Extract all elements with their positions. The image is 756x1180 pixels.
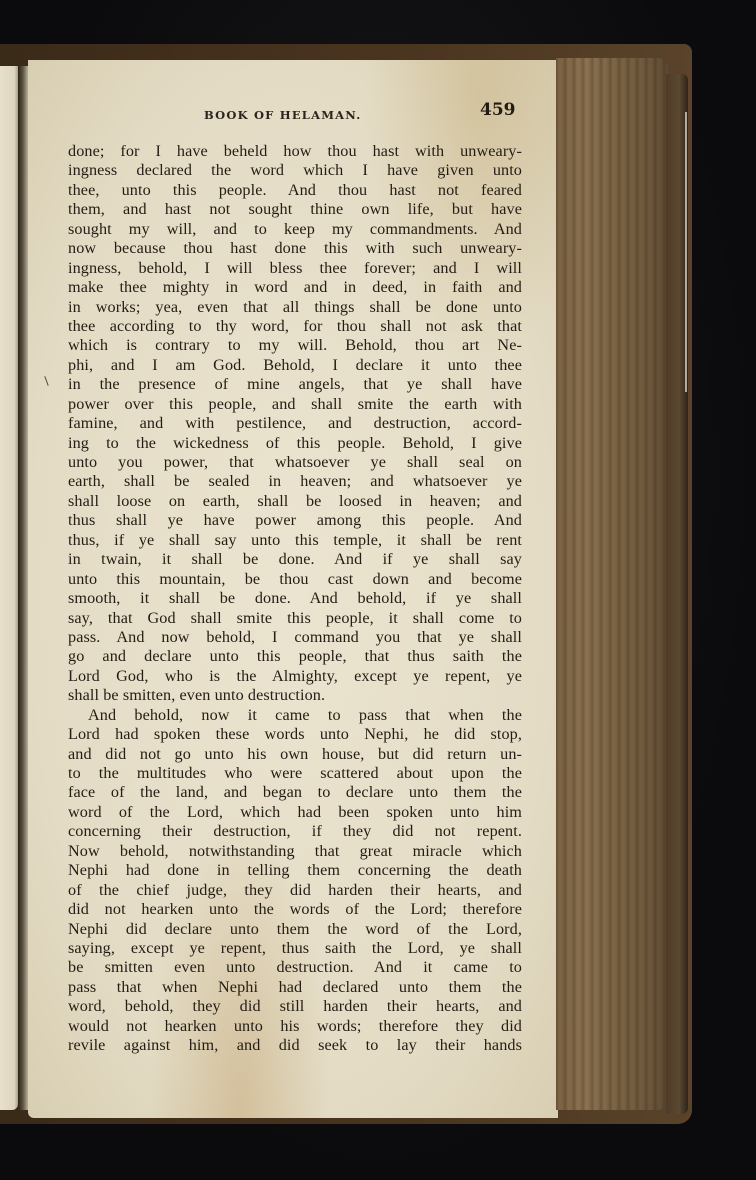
text-line: word of the Lord, which had been spoken … bbox=[68, 803, 522, 822]
text-line: face of the land, and began to declare u… bbox=[68, 783, 522, 802]
text-line: of the chief judge, they did harden thei… bbox=[68, 881, 522, 900]
text-line: smooth, it shall be done. And behold, if… bbox=[68, 589, 522, 608]
cover-highlight bbox=[685, 112, 687, 392]
text-line: pass. And now behold, I command you that… bbox=[68, 628, 522, 647]
text-line: saying, except ye repent, thus saith the… bbox=[68, 939, 522, 958]
book-gutter bbox=[18, 66, 28, 1110]
text-line: did not hearken unto the words of the Lo… bbox=[68, 900, 522, 919]
text-line: earth, shall be sealed in heaven; and wh… bbox=[68, 472, 522, 491]
text-line: make thee mighty in word and in deed, in… bbox=[68, 278, 522, 297]
text-line: Now behold, notwithstanding that great m… bbox=[68, 842, 522, 861]
text-line: say, that God shall smite this people, i… bbox=[68, 609, 522, 628]
text-line: done; for I have beheld how thou hast wi… bbox=[68, 142, 522, 161]
text-line: shall be smitten, even unto destruction. bbox=[68, 686, 522, 705]
text-line: unto this mountain, be thou cast down an… bbox=[68, 570, 522, 589]
text-line: now because thou hast done this with suc… bbox=[68, 239, 522, 258]
text-line: Lord had spoken these words unto Nephi, … bbox=[68, 725, 522, 744]
text-line: which is contrary to my will. Behold, th… bbox=[68, 336, 522, 355]
running-head: BOOK OF HELAMAN. 459 bbox=[28, 100, 558, 124]
text-line: shall loose on earth, shall be loosed in… bbox=[68, 492, 522, 511]
text-line: in the presence of mine angels, that ye … bbox=[68, 375, 522, 394]
text-line: famine, and with pestilence, and destruc… bbox=[68, 414, 522, 433]
text-line: ingness, behold, I will bless thee forev… bbox=[68, 259, 522, 278]
text-line: unto you power, that whatsoever ye shall… bbox=[68, 453, 522, 472]
text-line: to the multitudes who were scattered abo… bbox=[68, 764, 522, 783]
text-line: Nephi did declare unto them the word of … bbox=[68, 920, 522, 939]
page-fore-edge bbox=[556, 58, 668, 1110]
running-title: BOOK OF HELAMAN. bbox=[204, 108, 361, 122]
text-line: go and declare unto this people, that th… bbox=[68, 647, 522, 666]
text-line: ing to the wickedness of this people. Be… bbox=[68, 434, 522, 453]
text-line: thus shall ye have power among this peop… bbox=[68, 511, 522, 530]
text-line: pass that when Nephi had declared unto t… bbox=[68, 978, 522, 997]
text-line: ingness declared the word which I have g… bbox=[68, 161, 522, 180]
text-line: power over this people, and shall smite … bbox=[68, 395, 522, 414]
text-line: Nephi had done in telling them concernin… bbox=[68, 861, 522, 880]
paragraph-start-line: And behold, now it came to pass that whe… bbox=[68, 706, 522, 725]
text-line: thee, unto this people. And thou hast no… bbox=[68, 181, 522, 200]
text-line: word, behold, they did still harden thei… bbox=[68, 997, 522, 1016]
text-line: and did not go unto his own house, but d… bbox=[68, 745, 522, 764]
page-number: 459 bbox=[480, 100, 516, 120]
text-line: phi, and I am God. Behold, I declare it … bbox=[68, 356, 522, 375]
text-line: would not hearken unto his words; theref… bbox=[68, 1017, 522, 1036]
text-line: revile against him, and did seek to lay … bbox=[68, 1036, 522, 1055]
text-line: sought my will, and to keep my commandme… bbox=[68, 220, 522, 239]
text-line: them, and hast not sought thine own life… bbox=[68, 200, 522, 219]
text-line: thee according to thy word, for thou sha… bbox=[68, 317, 522, 336]
body-text: done; for I have beheld how thou hast wi… bbox=[68, 142, 522, 1056]
text-line: thus, if ye shall say unto this temple, … bbox=[68, 531, 522, 550]
text-line: in twain, it shall be done. And if ye sh… bbox=[68, 550, 522, 569]
text-line: Lord God, who is the Almighty, except ye… bbox=[68, 667, 522, 686]
left-page-edge bbox=[0, 66, 18, 1110]
text-line: concerning their destruction, if they di… bbox=[68, 822, 522, 841]
text-line: be smitten even unto destruction. And it… bbox=[68, 958, 522, 977]
text-line: in works; yea, even that all things shal… bbox=[68, 298, 522, 317]
